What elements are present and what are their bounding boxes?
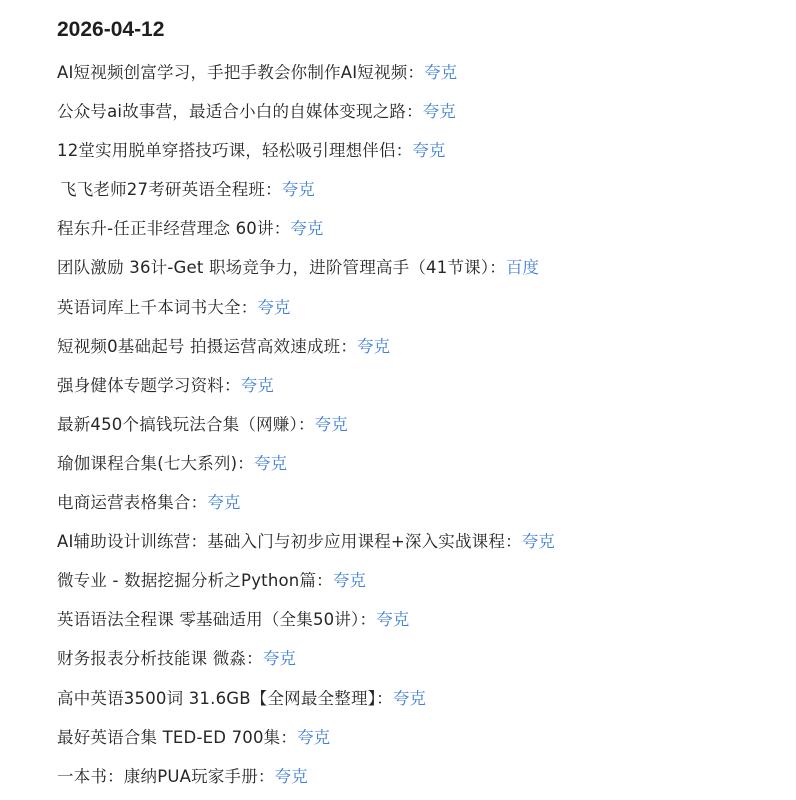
item-link[interactable]: 夸克 <box>522 532 555 551</box>
item-link[interactable]: 夸克 <box>376 610 409 629</box>
item-title: 公众号ai故事营，最适合小白的自媒体变现之路： <box>57 102 423 121</box>
item-link[interactable]: 夸克 <box>282 180 315 199</box>
item-link[interactable]: 夸克 <box>290 219 323 238</box>
item-link[interactable]: 夸克 <box>263 649 296 668</box>
item-link[interactable]: 夸克 <box>315 415 348 434</box>
item-link[interactable]: 夸克 <box>254 454 287 473</box>
list-item: 英语词库上千本词书大全：夸克 <box>57 288 796 327</box>
list-item: 微专业 - 数据挖掘分析之Python篇：夸克 <box>57 561 796 600</box>
item-title: 一本书：康纳PUA玩家手册： <box>57 767 275 786</box>
item-title: 瑜伽课程合集(七大系列)： <box>57 454 254 473</box>
item-title: 最新450个搞钱玩法合集（网赚）： <box>57 415 315 434</box>
item-title: 电商运营表格集合： <box>57 493 207 512</box>
item-link[interactable]: 夸克 <box>333 571 366 590</box>
item-link[interactable]: 夸克 <box>424 63 457 82</box>
list-item: 英语语法全程课 零基础适用（全集50讲）：夸克 <box>57 600 796 639</box>
item-title: 团队激励 36计-Get 职场竞争力，进阶管理高手（41节课）： <box>57 258 506 277</box>
list-item: 高中英语3500词 31.6GB【全网最全整理】：夸克 <box>57 679 796 718</box>
list-item: 最好英语合集 TED-ED 700集：夸克 <box>57 718 796 757</box>
list-item: 飞飞老师27考研英语全程班：夸克 <box>57 170 796 209</box>
item-link[interactable]: 夸克 <box>412 141 445 160</box>
list-item: 短视频0基础起号 拍摄运营高效速成班：夸克 <box>57 327 796 366</box>
item-title: 12堂实用脱单穿搭技巧课，轻松吸引理想伴侣： <box>57 141 412 160</box>
list-item: AI短视频创富学习，手把手教会你制作AI短视频：夸克 <box>57 53 796 92</box>
list-item: 电商运营表格集合：夸克 <box>57 483 796 522</box>
item-link[interactable]: 夸克 <box>297 728 330 747</box>
list-item: 强身健体专题学习资料：夸克 <box>57 366 796 405</box>
item-link[interactable]: 夸克 <box>423 102 456 121</box>
item-title: 英语词库上千本词书大全： <box>57 298 257 317</box>
item-title: 程东升-任正非经营理念 60讲： <box>57 219 290 238</box>
list-item: AI辅助设计训练营：基础入门与初步应用课程+深入实战课程：夸克 <box>57 522 796 561</box>
item-title: AI短视频创富学习，手把手教会你制作AI短视频： <box>57 63 424 82</box>
item-link[interactable]: 夸克 <box>241 376 274 395</box>
document-page: 2026-04-12 AI短视频创富学习，手把手教会你制作AI短视频：夸克 公众… <box>0 0 796 796</box>
date-heading: 2026-04-12 <box>57 14 796 46</box>
list-item: 最新450个搞钱玩法合集（网赚）：夸克 <box>57 405 796 444</box>
list-item: 财务报表分析技能课 微淼：夸克 <box>57 639 796 678</box>
item-title: 高中英语3500词 31.6GB【全网最全整理】： <box>57 689 393 708</box>
item-title: 强身健体专题学习资料： <box>57 376 241 395</box>
list-item: 一本书：康纳PUA玩家手册：夸克 <box>57 757 796 796</box>
list-item: 12堂实用脱单穿搭技巧课，轻松吸引理想伴侣：夸克 <box>57 131 796 170</box>
item-title: AI辅助设计训练营：基础入门与初步应用课程+深入实战课程： <box>57 532 522 551</box>
item-title: 最好英语合集 TED-ED 700集： <box>57 728 297 747</box>
list-item: 瑜伽课程合集(七大系列)：夸克 <box>57 444 796 483</box>
item-title: 财务报表分析技能课 微淼： <box>57 649 263 668</box>
item-title: 英语语法全程课 零基础适用（全集50讲）： <box>57 610 376 629</box>
item-link[interactable]: 夸克 <box>393 689 426 708</box>
list-item: 程东升-任正非经营理念 60讲：夸克 <box>57 209 796 248</box>
item-title: 微专业 - 数据挖掘分析之Python篇： <box>57 571 333 590</box>
item-link[interactable]: 夸克 <box>207 493 240 512</box>
list-item: 团队激励 36计-Get 职场竞争力，进阶管理高手（41节课）：百度 <box>57 248 796 287</box>
list-item: 公众号ai故事营，最适合小白的自媒体变现之路：夸克 <box>57 92 796 131</box>
item-title: 短视频0基础起号 拍摄运营高效速成班： <box>57 337 357 356</box>
item-link[interactable]: 夸克 <box>257 298 290 317</box>
item-link[interactable]: 夸克 <box>357 337 390 356</box>
resource-list: AI短视频创富学习，手把手教会你制作AI短视频：夸克 公众号ai故事营，最适合小… <box>57 53 796 796</box>
item-link[interactable]: 夸克 <box>275 767 308 786</box>
item-title: 飞飞老师27考研英语全程班： <box>57 180 282 199</box>
item-link[interactable]: 百度 <box>506 258 539 277</box>
